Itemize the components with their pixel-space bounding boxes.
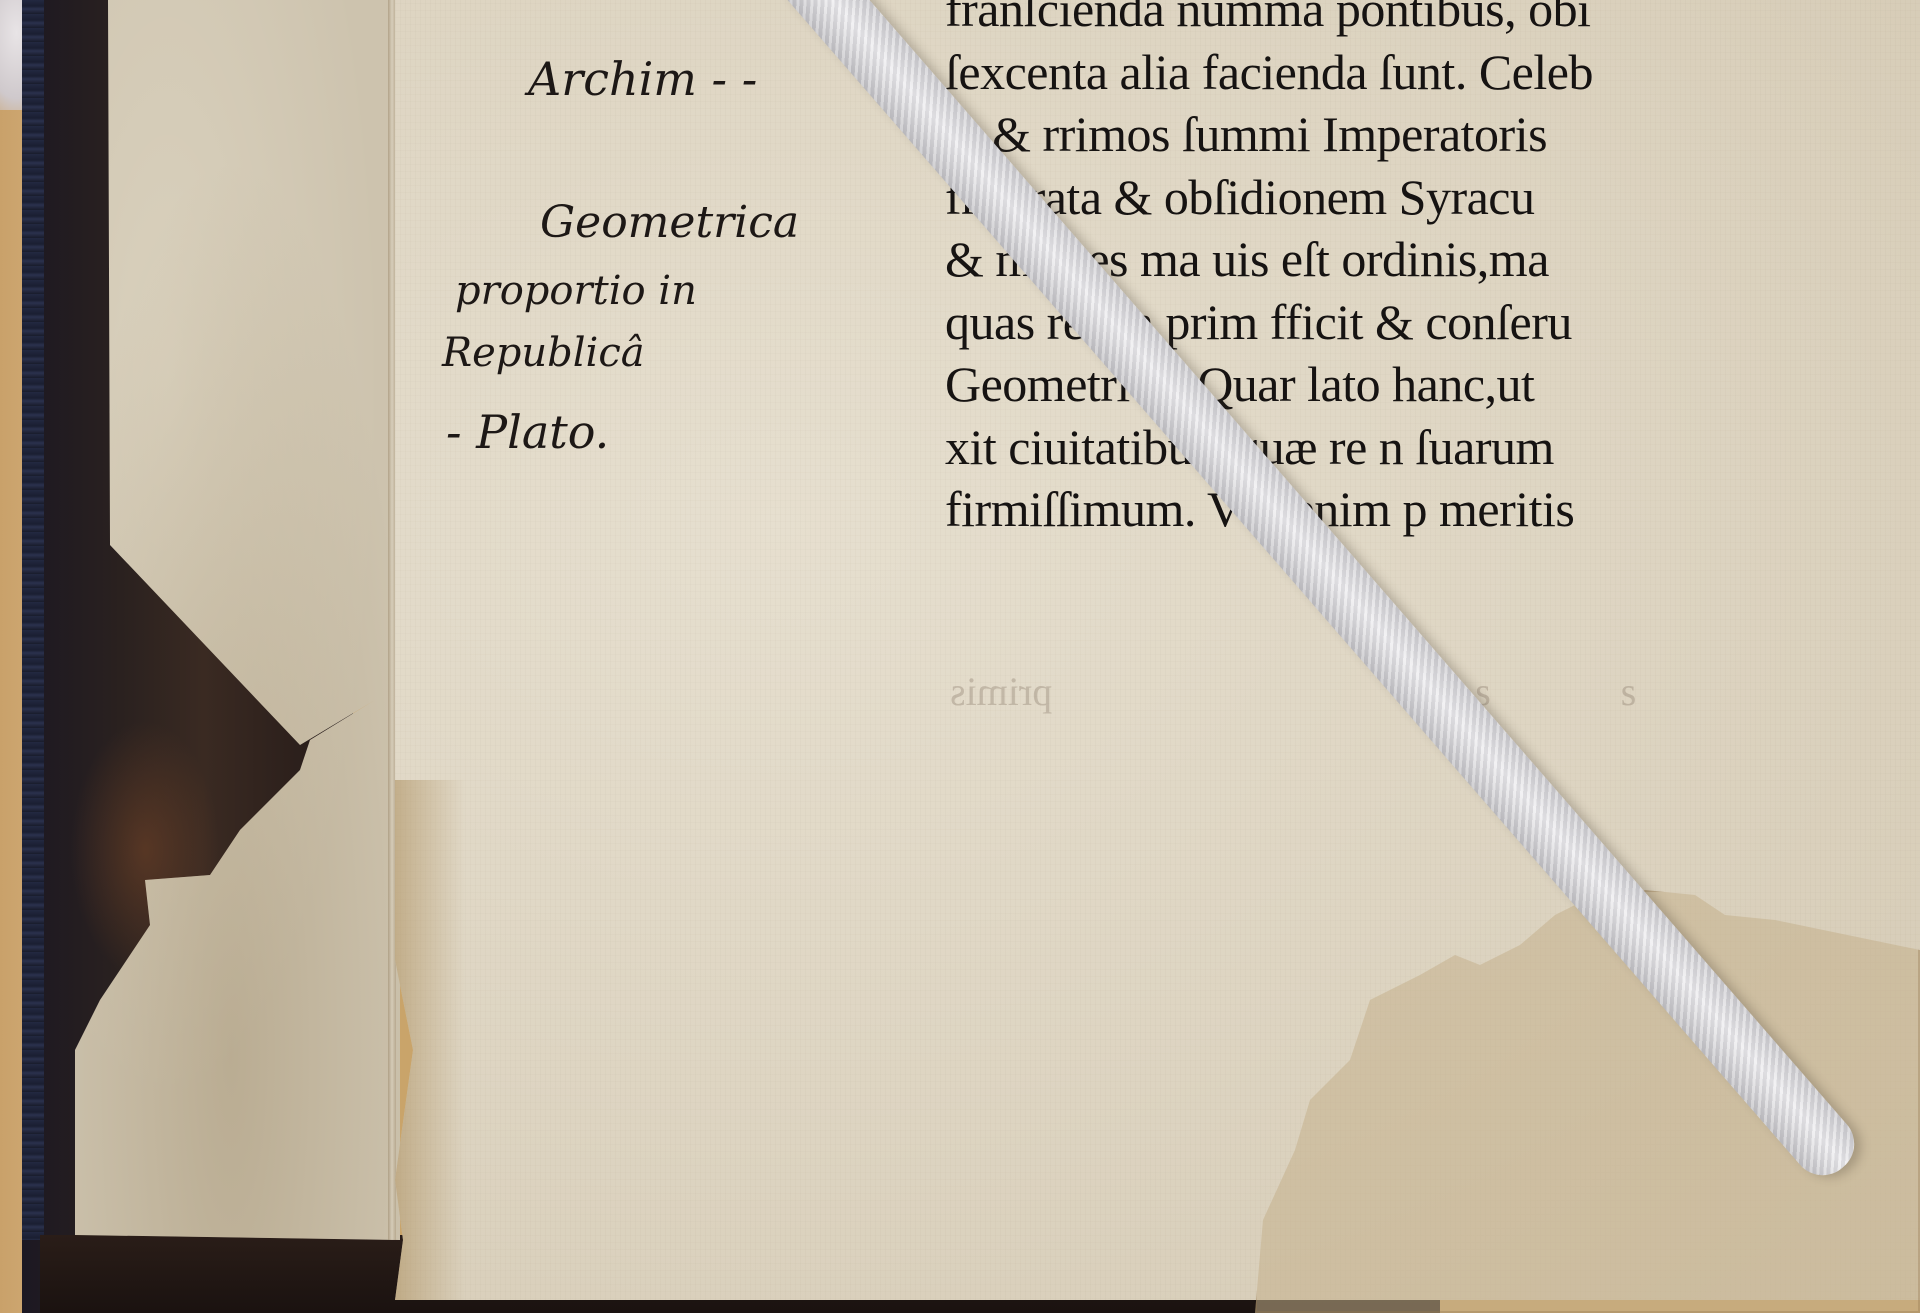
book-photograph: franſcienda numma pontibus, obi ſexcenta… — [0, 0, 1920, 1313]
printed-line: firmiſſimum. Vbi enim p meritis — [945, 478, 1920, 541]
printed-line: franſcienda numma pontibus, obi — [945, 0, 1920, 41]
bleed-through-catchword: primis — [950, 668, 1052, 715]
printed-line: xit ciuitatibus, quæ re n ſuarum — [945, 416, 1920, 479]
marginal-note-republica: Republicâ — [442, 330, 645, 376]
flyleaf-crease — [388, 0, 396, 1240]
marginal-note-archim: Archim - - — [528, 52, 757, 106]
printed-line: la & rrimos ſummi Imperatoris — [945, 103, 1920, 166]
binding-edge — [22, 0, 44, 1240]
printed-line: fruſtrata & obſidionem Syracu — [945, 166, 1920, 229]
printed-line: ſexcenta alia facienda ſunt. Celeb — [945, 41, 1920, 104]
marginal-note-plato: - Plato. — [446, 405, 609, 459]
edge-stain — [395, 780, 465, 1300]
marginal-note-proportio: proportio in — [455, 268, 697, 314]
marginal-note-geometrica: Geometrica — [540, 197, 799, 248]
printed-line: Geometrica. Quar lato hanc,ut — [945, 353, 1920, 416]
